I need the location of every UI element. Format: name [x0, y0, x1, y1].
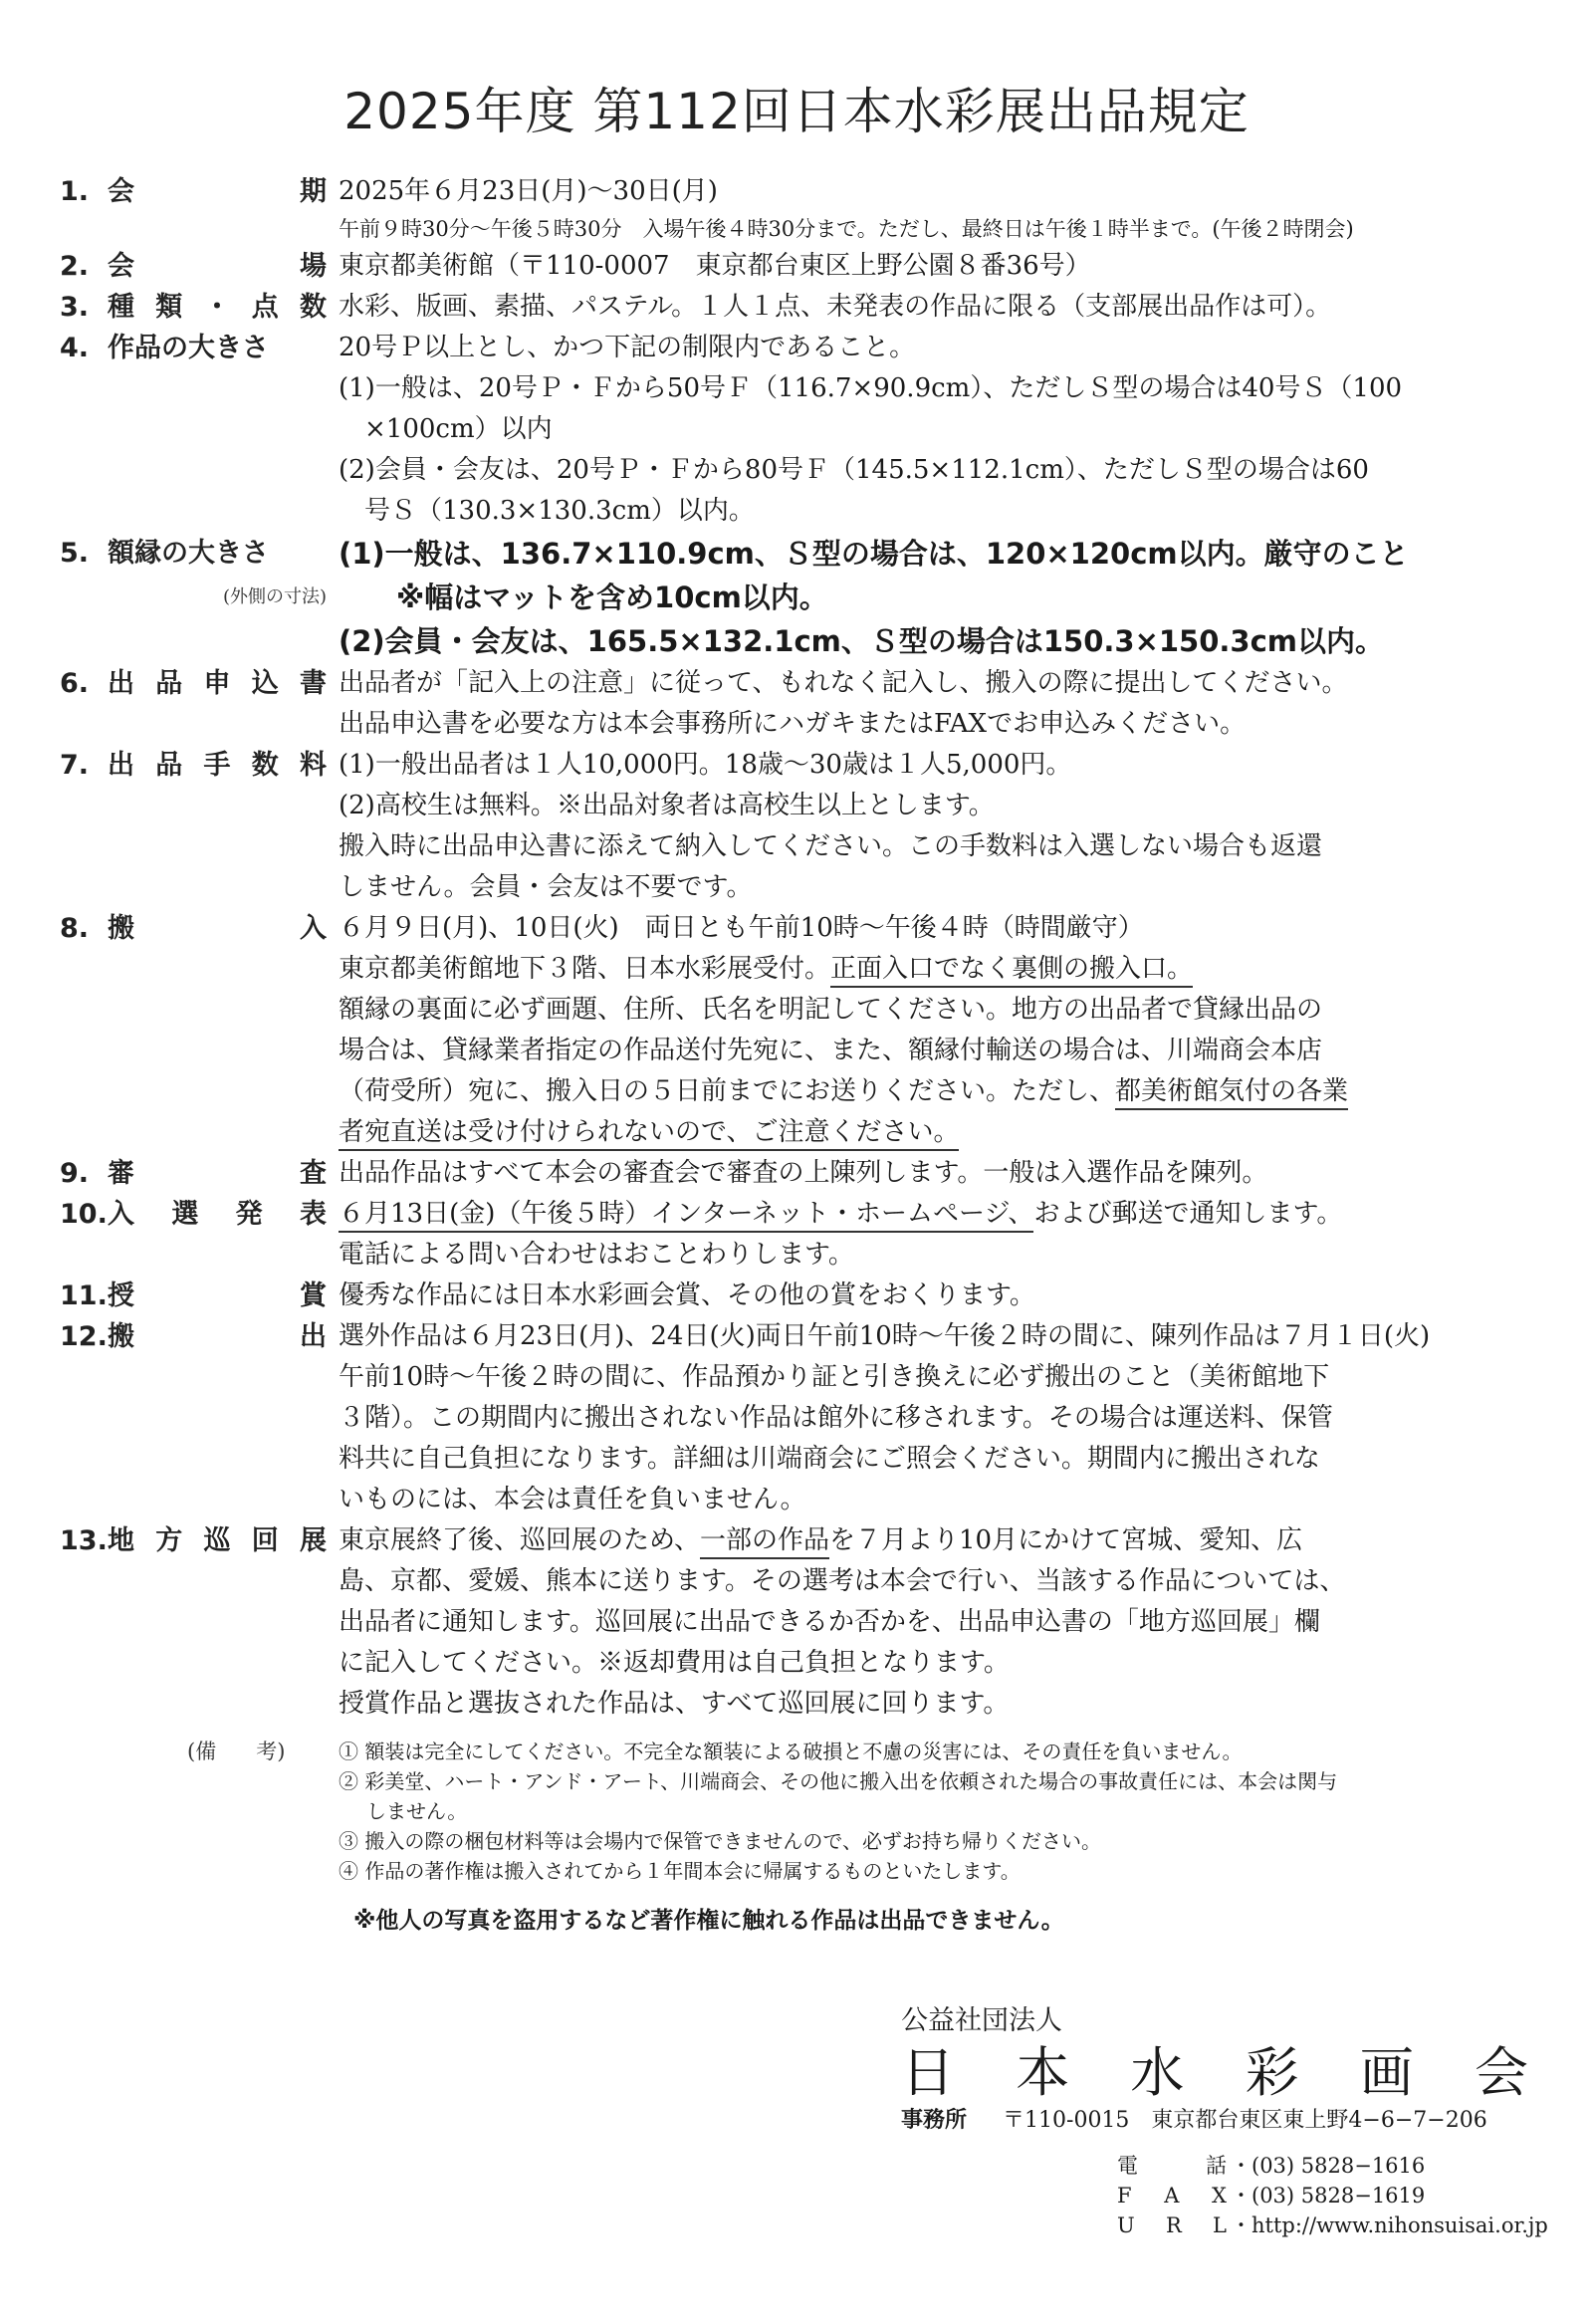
remark-note: ① 額装は完全にしてください。不完全な額装による破損と不慮の災害には、その責任を… [339, 1737, 1573, 1766]
label-char: ・ [204, 287, 231, 328]
remarks-label: (備 考) [60, 1737, 339, 1766]
item-content: ６月９日(月)、10日(火) 両日とも午前10時〜午後４時（時間厳守） 東京都美… [339, 908, 1573, 1153]
item-label: 額縁の大きさ [108, 532, 339, 576]
contact-fax: F A X ・(03) 5828−1619 [1117, 2181, 1548, 2210]
content-line: 出品者に通知します。巡回展に出品できるか否かを、出品申込書の「地方巡回展」欄 [339, 1602, 1573, 1643]
item-label: 審 査 [108, 1153, 339, 1194]
label-char: 手 [204, 745, 231, 786]
item-number: 7. [60, 745, 108, 786]
item-artwork-size: 4. 作品の大きさ 20号Ｐ以上とし、かつ下記の制限内であること。 (1)一般は… [60, 328, 1573, 532]
item-frame-size: 5. 額縁の大きさ (外側の寸法) (1)一般は、136.7×110.9cm、Ｓ… [60, 532, 1573, 663]
note-text: 作品の著作権は搬入されてから１年間本会に帰属するものといたします。 [364, 1859, 1020, 1883]
contact-phone: 電 話 ・(03) 5828−1616 [1117, 2151, 1548, 2181]
content-line: 電話による問い合わせはおことわりします。 [339, 1235, 1573, 1276]
content-line: (1)一般は、20号Ｐ・Ｆから50号Ｆ（116.7×90.9cm）、ただしＳ型の… [339, 368, 1573, 409]
note-text: 搬入の際の梱包材料等は会場内で保管できませんので、必ずお持ち帰りください。 [364, 1829, 1101, 1853]
copyright-notice: ※他人の写真を盗用するなど著作権に触れる作品は出品できません。 [353, 1902, 1064, 1935]
item-venue: 2. 会 場 東京都美術館（〒110-0007 東京都台東区上野公園８番36号） [60, 246, 1573, 287]
item-label: 出 品 申 込 書 [108, 663, 339, 704]
item-entry-fee: 7. 出 品 手 数 料 (1)一般出品者は１人10,000円。18歳〜30歳は… [60, 745, 1573, 908]
item-number: 10. [60, 1194, 108, 1235]
remark-note: ③ 搬入の際の梱包材料等は会場内で保管できませんので、必ずお持ち帰りください。 [339, 1826, 1573, 1856]
label-char: 出 [108, 663, 134, 704]
note-text: しません。 [339, 1796, 1573, 1826]
label-char: 品 [155, 745, 182, 786]
key-char: X [1212, 2181, 1227, 2210]
label-char: 書 [300, 663, 327, 704]
item-number: 6. [60, 663, 108, 704]
content-line: 授賞作品と選抜された作品は、すべて巡回展に回ります。 [339, 1684, 1573, 1725]
item-content: 東京都美術館（〒110-0007 東京都台東区上野公園８番36号） [339, 246, 1573, 287]
circled-number-icon: ② [339, 1769, 358, 1793]
content-line: 島、京都、愛媛、熊本に送ります。その選考は本会で行い、当該する作品については、 [339, 1561, 1573, 1602]
content-line: 場合は、貸縁業者指定の作品送付先宛に、また、額縁付輸送の場合は、川端商会本店 [339, 1031, 1573, 1071]
underlined-text: 者宛直送は受け付けられないので、ご注意ください。 [339, 1117, 959, 1151]
content-line: 者宛直送は受け付けられないので、ご注意ください。 [339, 1112, 1573, 1153]
item-awards: 11. 授 賞 優秀な作品には日本水彩画会賞、その他の賞をおくります。 [60, 1276, 1573, 1316]
name-char: 画 [1360, 2041, 1414, 2105]
office-label: 事務所 [901, 2108, 967, 2133]
content-line: (1)一般出品者は１人10,000円。18歳〜30歳は１人5,000円。 [339, 745, 1573, 786]
label-text: 額縁の大きさ [108, 532, 269, 576]
note-text: 彩美堂、ハート・アンド・アート、川端商会、その他に搬入出を依頼された場合の事故責… [364, 1769, 1337, 1793]
item-number: 11. [60, 1276, 108, 1316]
item-label: 地 方 巡 回 展 [108, 1520, 339, 1561]
name-char: 本 [1016, 2041, 1069, 2105]
item-types: 3. 種 類 ・ 点 数 水彩、版画、素描、パステル。１人１点、未発表の作品に限… [60, 287, 1573, 328]
period-dates: 2025年６月23日(月)〜30日(月) [339, 171, 1573, 212]
address-text: 〒110-0015 東京都台東区東上野4−6−7−206 [1003, 2108, 1487, 2133]
document-title: 2025年度 第112回日本水彩展出品規定 [0, 72, 1593, 143]
item-delivery: 8. 搬 入 ６月９日(月)、10日(火) 両日とも午前10時〜午後４時（時間厳… [60, 908, 1573, 1153]
content-line: 午前10時〜午後２時の間に、作品預かり証と引き換えに必ず搬出のこと（美術館地下 [339, 1357, 1573, 1398]
name-char: 会 [1475, 2041, 1528, 2105]
label-char: 会 [108, 246, 134, 287]
office-address: 事務所 〒110-0015 東京都台東区東上野4−6−7−206 [901, 2105, 1538, 2137]
label-char: 選 [171, 1194, 198, 1235]
content-line: 選外作品は６月23日(月)、24日(火)両日午前10時〜午後２時の間に、陳列作品… [339, 1316, 1573, 1357]
period-hours: 午前９時30分〜午後５時30分 入場午後４時30分まで。ただし、最終日は午後１時… [339, 212, 1573, 246]
content-line: 20号Ｐ以上とし、かつ下記の制限内であること。 [339, 328, 1573, 368]
content-line: 額縁の裏面に必ず画題、住所、氏名を明記してください。地方の出品者で貸縁出品の [339, 990, 1573, 1031]
label-char: 出 [300, 1316, 327, 1357]
item-label: 搬 出 [108, 1316, 339, 1357]
remarks-section: (備 考) ① 額装は完全にしてください。不完全な額装による破損と不慮の災害には… [60, 1737, 1573, 1886]
name-char: 水 [1130, 2041, 1184, 2105]
organization-block: 公益社団法人 日 本 水 彩 画 会 事務所 〒110-0015 東京都台東区東… [901, 2001, 1538, 2137]
phone-number: ・(03) 5828−1616 [1231, 2151, 1425, 2181]
label-char: 数 [252, 745, 279, 786]
underlined-text: 一部の作品 [700, 1525, 829, 1559]
types-text: 水彩、版画、素描、パステル。１人１点、未発表の作品に限る（支部展出品作は可）。 [339, 287, 1573, 328]
item-results-announcement: 10. 入 選 発 表 ６月13日(金)（午後５時）インターネット・ホームページ… [60, 1194, 1573, 1276]
content-line: ※幅はマットを含め10cm以内。 [339, 576, 1573, 619]
content-line: (2)高校生は無料。※出品対象者は高校生以上とします。 [339, 786, 1573, 826]
label-char: 料 [300, 745, 327, 786]
label-char: 展 [300, 1520, 327, 1561]
item-label: 作品の大きさ [108, 328, 339, 368]
key-char: F [1117, 2181, 1132, 2210]
item-number: 9. [60, 1153, 108, 1194]
label-char: 会 [108, 171, 134, 212]
label-char: 賞 [300, 1276, 327, 1316]
label-char: 種 [108, 287, 134, 328]
text-segment: を７月より10月にかけて宮城、愛知、広 [829, 1525, 1302, 1555]
venue-text: 東京都美術館（〒110-0007 東京都台東区上野公園８番36号） [339, 246, 1573, 287]
text-segment: 東京都美術館地下３階、日本水彩展受付。 [339, 954, 830, 984]
item-number: 5. [60, 532, 108, 576]
contact-url: U R L ・http://www.nihonsuisai.or.jp [1117, 2210, 1548, 2240]
item-label: 会 場 [108, 246, 339, 287]
circled-number-icon: ④ [339, 1859, 358, 1883]
underlined-text: 都美術館気付の各業 [1115, 1076, 1348, 1110]
content-line: ３階）。この期間内に搬出されない作品は館外に移されます。その場合は運送料、保管 [339, 1398, 1573, 1439]
organization-name: 日 本 水 彩 画 会 [901, 2041, 1538, 2105]
label-char: 入 [108, 1194, 134, 1235]
item-content: 2025年６月23日(月)〜30日(月) 午前９時30分〜午後５時30分 入場午… [339, 171, 1573, 246]
content-line: 優秀な作品には日本水彩画会賞、その他の賞をおくります。 [339, 1276, 1573, 1316]
content-line: (2)会員・会友は、165.5×132.1cm、Ｓ型の場合は150.3×150.… [339, 619, 1573, 663]
item-number: 13. [60, 1520, 108, 1561]
item-judging: 9. 審 査 出品作品はすべて本会の審査会で審査の上陳列します。一般は入選作品を… [60, 1153, 1573, 1194]
label-char: 発 [236, 1194, 263, 1235]
contact-key: U R L [1117, 2210, 1231, 2240]
content-line: ６月９日(月)、10日(火) 両日とも午前10時〜午後４時（時間厳守） [339, 908, 1573, 949]
text-segment: （荷受所）宛に、搬入日の５日前までにお送りください。ただし、 [339, 1076, 1115, 1106]
underlined-text: ６月13日(金)（午後５時）インターネット・ホームページ、 [339, 1199, 1033, 1233]
remark-note: ④ 作品の著作権は搬入されてから１年間本会に帰属するものといたします。 [339, 1856, 1573, 1886]
content-line: いものには、本会は責任を負いません。 [339, 1480, 1573, 1520]
contact-info: 電 話 ・(03) 5828−1616 F A X ・(03) 5828−161… [1117, 2151, 1548, 2240]
item-content: 東京展終了後、巡回展のため、一部の作品を７月より10月にかけて宮城、愛知、広 島… [339, 1520, 1573, 1725]
key-char: U [1117, 2210, 1135, 2240]
item-number: 1. [60, 171, 108, 212]
label-char: 搬 [108, 1316, 134, 1357]
label-text: 作品の大きさ [108, 328, 269, 368]
content-line: しません。会員・会友は不要です。 [339, 867, 1573, 908]
label-char: 類 [155, 287, 182, 328]
key-char: L [1213, 2210, 1227, 2240]
circled-number-icon: ① [339, 1740, 358, 1763]
remark-note: ② 彩美堂、ハート・アンド・アート、川端商会、その他に搬入出を依頼された場合の事… [339, 1766, 1573, 1796]
key-char: 電 [1117, 2151, 1138, 2181]
label-char: 地 [108, 1520, 134, 1561]
content-line: 出品作品はすべて本会の審査会で審査の上陳列します。一般は入選作品を陳列。 [339, 1153, 1573, 1194]
content-line: （荷受所）宛に、搬入日の５日前までにお送りください。ただし、都美術館気付の各業 [339, 1071, 1573, 1112]
fax-number: ・(03) 5828−1619 [1231, 2181, 1425, 2210]
label-char: 場 [300, 246, 327, 287]
content-line: 料共に自己負担になります。詳細は川端商会にご照会ください。期間内に搬出されな [339, 1439, 1573, 1480]
content-line: ６月13日(金)（午後５時）インターネット・ホームページ、および郵送で通知します… [339, 1194, 1573, 1235]
underlined-text: 正面入口でなく裏側の搬入口。 [830, 954, 1193, 988]
content-line: (2)会員・会友は、20号Ｐ・Ｆから80号Ｆ（145.5×112.1cm）、ただ… [339, 450, 1573, 491]
item-touring-exhibition: 13. 地 方 巡 回 展 東京展終了後、巡回展のため、一部の作品を７月より10… [60, 1520, 1573, 1725]
remarks-content: ① 額装は完全にしてください。不完全な額装による破損と不慮の災害には、その責任を… [339, 1737, 1573, 1886]
item-application-form: 6. 出 品 申 込 書 出品者が「記入上の注意」に従って、もれなく記入し、搬入… [60, 663, 1573, 745]
item-label-group: 額縁の大きさ (外側の寸法) [108, 532, 339, 619]
corporation-type: 公益社団法人 [901, 2001, 1538, 2041]
content-line: 東京展終了後、巡回展のため、一部の作品を７月より10月にかけて宮城、愛知、広 [339, 1520, 1573, 1561]
label-char: 考) [256, 1737, 285, 1766]
item-content: 出品作品はすべて本会の審査会で審査の上陳列します。一般は入選作品を陳列。 [339, 1153, 1573, 1194]
item-number: 2. [60, 246, 108, 287]
item-content: 選外作品は６月23日(月)、24日(火)両日午前10時〜午後２時の間に、陳列作品… [339, 1316, 1573, 1520]
item-content: (1)一般は、136.7×110.9cm、Ｓ型の場合は、120×120cm以内。… [339, 532, 1573, 663]
label-char: 入 [300, 908, 327, 949]
name-char: 日 [901, 2041, 955, 2105]
item-label: 授 賞 [108, 1276, 339, 1316]
content-line: 搬入時に出品申込書に添えて納入してください。この手数料は入選しない場合も返還 [339, 826, 1573, 867]
label-char: 搬 [108, 908, 134, 949]
regulation-items: 1. 会 期 2025年６月23日(月)〜30日(月) 午前９時30分〜午後５時… [60, 171, 1573, 1725]
content-line: 東京都美術館地下３階、日本水彩展受付。正面入口でなく裏側の搬入口。 [339, 949, 1573, 990]
item-content: 出品者が「記入上の注意」に従って、もれなく記入し、搬入の際に提出してください。 … [339, 663, 1573, 745]
label-char: 品 [155, 663, 182, 704]
content-line: 出品申込書を必要な方は本会事務所にハガキまたはFAXでお申込みください。 [339, 704, 1573, 745]
item-content: 20号Ｐ以上とし、かつ下記の制限内であること。 (1)一般は、20号Ｐ・Ｆから5… [339, 328, 1573, 532]
label-char: 授 [108, 1276, 134, 1316]
content-line: に記入してください。※返却費用は自己負担となります。 [339, 1643, 1573, 1684]
label-char: 巡 [204, 1520, 231, 1561]
key-char: A [1164, 2181, 1179, 2210]
content-line: 出品者が「記入上の注意」に従って、もれなく記入し、搬入の際に提出してください。 [339, 663, 1573, 704]
item-exhibition-period: 1. 会 期 2025年６月23日(月)〜30日(月) 午前９時30分〜午後５時… [60, 171, 1573, 246]
item-sublabel: (外側の寸法) [108, 576, 339, 619]
note-text: 額装は完全にしてください。不完全な額装による破損と不慮の災害には、その責任を負い… [364, 1740, 1242, 1763]
label-char: 申 [204, 663, 231, 704]
item-number: 3. [60, 287, 108, 328]
item-content: 水彩、版画、素描、パステル。１人１点、未発表の作品に限る（支部展出品作は可）。 [339, 287, 1573, 328]
item-content: 優秀な作品には日本水彩画会賞、その他の賞をおくります。 [339, 1276, 1573, 1316]
remarks: (備 考) ① 額装は完全にしてください。不完全な額装による破損と不慮の災害には… [60, 1737, 1573, 1886]
label-char: 回 [252, 1520, 279, 1561]
item-content: ６月13日(金)（午後５時）インターネット・ホームページ、および郵送で通知します… [339, 1194, 1573, 1276]
content-line: 号Ｓ（130.3×130.3cm）以内。 [339, 491, 1573, 532]
label-char: (備 [187, 1737, 216, 1766]
label-char: 点 [252, 287, 279, 328]
label-char: 審 [108, 1153, 134, 1194]
item-label: 出 品 手 数 料 [108, 745, 339, 786]
label-char: 査 [300, 1153, 327, 1194]
contact-key: F A X [1117, 2181, 1231, 2210]
item-label: 搬 入 [108, 908, 339, 949]
item-number: 12. [60, 1316, 108, 1357]
key-char: 話 [1206, 2151, 1227, 2181]
name-char: 彩 [1246, 2041, 1299, 2105]
content-line: ×100cm）以内 [339, 409, 1573, 450]
label-char: 期 [300, 171, 327, 212]
website-link[interactable]: ・http://www.nihonsuisai.or.jp [1231, 2210, 1548, 2240]
label-char: 表 [300, 1194, 327, 1235]
label-char: 出 [108, 745, 134, 786]
label-char: 数 [300, 287, 327, 328]
text-segment: および郵送で通知します。 [1033, 1199, 1342, 1229]
item-label: 会 期 [108, 171, 339, 212]
key-char: R [1166, 2210, 1182, 2240]
item-number: 4. [60, 328, 108, 368]
circled-number-icon: ③ [339, 1829, 358, 1853]
item-number: 8. [60, 908, 108, 949]
contact-key: 電 話 [1117, 2151, 1231, 2181]
item-content: (1)一般出品者は１人10,000円。18歳〜30歳は１人5,000円。 (2)… [339, 745, 1573, 908]
label-char: 込 [252, 663, 279, 704]
item-label: 種 類 ・ 点 数 [108, 287, 339, 328]
item-collection: 12. 搬 出 選外作品は６月23日(月)、24日(火)両日午前10時〜午後２時… [60, 1316, 1573, 1520]
item-label: 入 選 発 表 [108, 1194, 339, 1235]
label-char: 方 [155, 1520, 182, 1561]
content-line: (1)一般は、136.7×110.9cm、Ｓ型の場合は、120×120cm以内。… [339, 532, 1573, 576]
text-segment: 東京展終了後、巡回展のため、 [339, 1525, 700, 1555]
